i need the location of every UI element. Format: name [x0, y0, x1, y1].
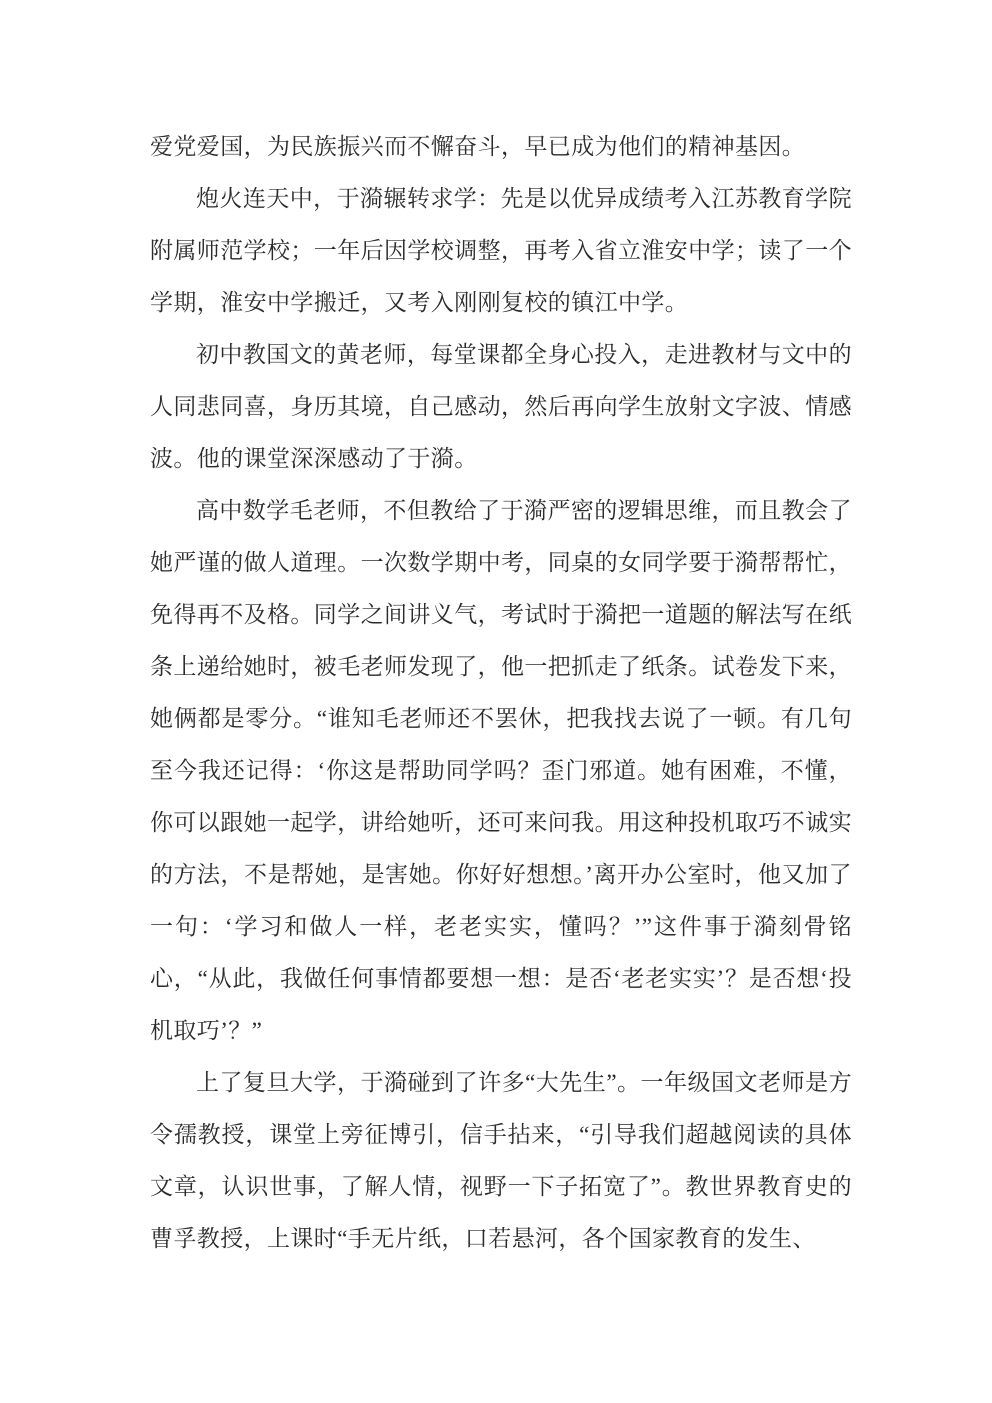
document-page: 爱党爱国，为民族振兴而不懈奋斗，早已成为他们的精神基因。炮火连天中，于漪辗转求学… [0, 0, 992, 1403]
document-text-body: 爱党爱国，为民族振兴而不懈奋斗，早已成为他们的精神基因。炮火连天中，于漪辗转求学… [150, 121, 852, 1265]
paragraph: 爱党爱国，为民族振兴而不懈奋斗，早已成为他们的精神基因。 [150, 121, 852, 173]
paragraph: 初中教国文的黄老师，每堂课都全身心投入，走进教材与文中的人同悲同喜，身历其境，自… [150, 329, 852, 485]
paragraph: 上了复旦大学，于漪碰到了许多“大先生”。一年级国文老师是方令孺教授，课堂上旁征博… [150, 1057, 852, 1265]
paragraph: 炮火连天中，于漪辗转求学：先是以优异成绩考入江苏教育学院附属师范学校；一年后因学… [150, 173, 852, 329]
paragraph: 高中数学毛老师，不但教给了于漪严密的逻辑思维，而且教会了她严谨的做人道理。一次数… [150, 485, 852, 1057]
